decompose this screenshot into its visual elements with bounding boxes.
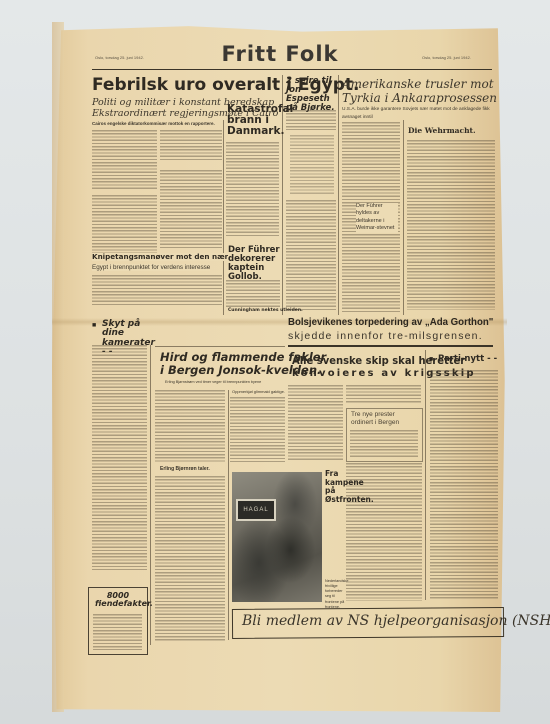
column-divider [338, 75, 339, 315]
eastfront-photo [232, 472, 322, 602]
column-divider [425, 350, 426, 600]
fire-body [226, 142, 279, 237]
jon-body-2 [286, 200, 336, 310]
ada-rule [288, 345, 493, 347]
nsh-ad-text: Bli medlem av NS hjelpeorganisasjon (NSH… [242, 613, 550, 629]
hird-subhead-2: Oppmerkjøl glimmaid gaktige. [232, 389, 285, 394]
fuhrer-letter-headline: Der Führer hyldes av deltakerne i Weimar… [356, 203, 398, 233]
egypt-body-col3 [160, 170, 222, 250]
fuhrer-body [226, 280, 280, 308]
photo-sign-text: HAGAL [238, 501, 274, 519]
masthead-title: Fritt Folk [215, 42, 345, 66]
kniptang-deck: Egypt i brennpunktet for verdens interes… [92, 264, 210, 271]
photo-sign: HAGAL [236, 499, 276, 521]
egypt-body-col1 [92, 130, 157, 190]
dateline-left: Oslo, torsdag 25. juni 1942. [95, 55, 144, 60]
hird-deck: Erling Bjørnstrøm ved timer veger til br… [165, 380, 261, 384]
hird-subhead: Erling Bjørnrøn taler. [160, 466, 210, 472]
jon-results-table [290, 135, 334, 195]
egypt-body-col4 [92, 195, 157, 255]
priests-body-1 [350, 430, 418, 458]
hird-body-2 [155, 476, 225, 641]
column-divider [282, 75, 283, 315]
wehrmacht-body [407, 140, 495, 310]
cunningham-headline: Cunningham nektes utleiden. [228, 309, 303, 314]
fuhrer-headline: Der Führer dekorerer kaptein Gollob. [228, 246, 282, 282]
dateline-right: Oslo, torsdag 25. juni 1942. [422, 55, 471, 60]
ada-deck: skjedde innenfor tre-milsgrensen. [288, 330, 483, 342]
fire-headline: Katastrofal brann i Danmark. [227, 104, 282, 137]
column-divider [403, 120, 404, 315]
hird-body-1 [155, 390, 225, 462]
wehrmacht-headline: Die Wehrmacht. [408, 127, 476, 135]
eastfront-headline: Fra kampene på Østfronten. [325, 470, 347, 505]
square-bullet-icon: ■ [429, 356, 433, 363]
square-bullet-icon: ■ [92, 322, 96, 329]
priests-headline: Tre nye prester ordinert i Bergen [351, 411, 411, 427]
jon-headline: 2 seire til Jon Espeseth på Bjørke. [286, 77, 336, 113]
masthead-rule [92, 69, 492, 70]
turkey-headline-1: Amerikanske trusler mot [342, 77, 494, 91]
paper-edge [52, 22, 64, 712]
jon-body [286, 110, 336, 130]
kniptang-body [92, 275, 222, 305]
sweden-body-1 [288, 385, 343, 460]
enemy-headline: 8000 fiendefakter. [95, 592, 141, 609]
turkey-headline-2: Tyrkia i Ankaraprosessen [342, 91, 497, 105]
turkey-deck: U.S.A. burde ikke garantere Sovjets nær … [342, 106, 492, 121]
skyt-body [92, 345, 147, 570]
egypt-deck: Cairos engelske diktatorkommisær mottok … [92, 121, 215, 126]
hird-body-3 [230, 397, 285, 462]
section-rule [155, 346, 285, 347]
egypt-body-col2 [160, 130, 222, 160]
enemy-body [93, 614, 142, 650]
column-divider [228, 390, 229, 640]
ada-headline: Bolsjevikenes torpedering av „Ada Gortho… [288, 316, 493, 328]
eastfront-caption: Nederlandske frivillige forbereder seg t… [325, 579, 347, 610]
sweden-body-2 [346, 385, 421, 403]
parti-body [430, 370, 498, 600]
parti-headline: Parti-nytt - - [438, 355, 497, 364]
column-divider [223, 120, 224, 315]
